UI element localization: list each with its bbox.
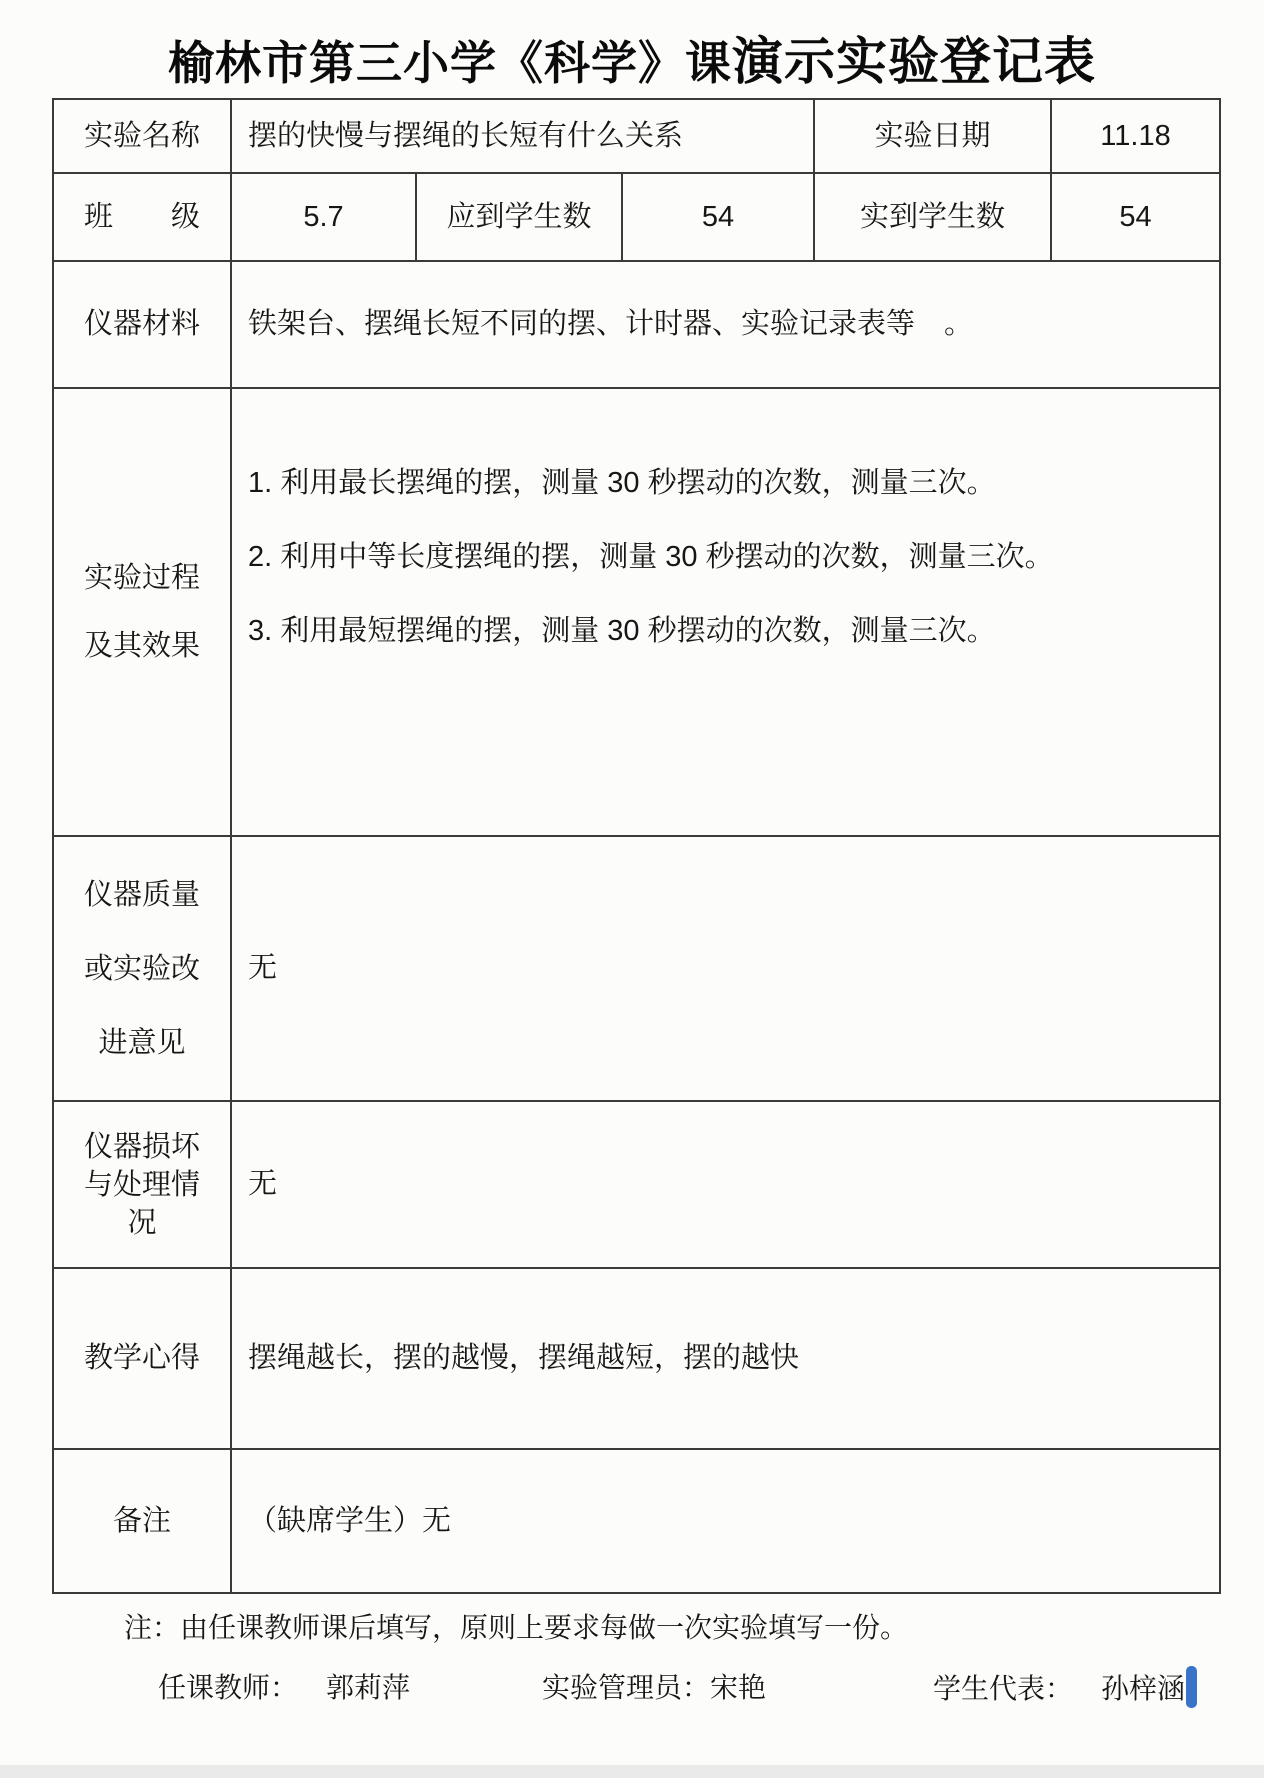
materials-label: 仪器材料 [54, 262, 232, 389]
student-label: 学生代表： [933, 1667, 1073, 1707]
teacher-name: 郭莉萍 [326, 1666, 410, 1706]
text-cursor-caret [1186, 1666, 1197, 1708]
process-label: 实验过程 及其效果 [54, 389, 232, 837]
experiment-name-value: 摆的快慢与摆绳的长短有什么关系 [232, 100, 815, 174]
experiment-registration-table: 实验名称 摆的快慢与摆绳的长短有什么关系 实验日期 11.18 班 级 5.7 … [52, 98, 1221, 1594]
experiment-date-value: 11.18 [1052, 100, 1221, 174]
remarks-value: （缺席学生）无 [232, 1450, 1221, 1594]
damage-handling-value: 无 [232, 1102, 1221, 1269]
process-step-2: 2. 利用中等长度摆绳的摆，测量 30 秒摆动的次数，测量三次。 [248, 520, 1054, 594]
damage-handling-label: 仪器损坏 与处理情 况 [54, 1102, 232, 1269]
damage-label-line2: 与处理情 [84, 1166, 200, 1204]
expected-students-label: 应到学生数 [417, 174, 623, 262]
process-steps: 1. 利用最长摆绳的摆，测量 30 秒摆动的次数，测量三次。 2. 利用中等长度… [232, 389, 1221, 837]
experiment-name-label: 实验名称 [54, 100, 232, 174]
quality-label-line3: 进意见 [98, 1006, 185, 1080]
manager-name: 宋艳 [710, 1666, 766, 1706]
damage-label-line1: 仪器损坏 [84, 1128, 200, 1166]
student-name: 孙梓涵 [1101, 1667, 1185, 1707]
damage-label-line3: 况 [127, 1204, 156, 1242]
scan-edge-band [0, 1765, 1264, 1778]
class-label: 班 级 [54, 174, 232, 262]
process-label-line1: 实验过程 [84, 544, 200, 612]
materials-value: 铁架台、摆绳长短不同的摆、计时器、实验记录表等 。 [232, 262, 1221, 389]
actual-students-value: 54 [1052, 174, 1221, 262]
signature-row: 任课教师：郭莉萍 实验管理员：宋艳 学生代表：孙梓涵 [0, 1666, 1264, 1716]
fill-in-note: 注：由任课教师课后填写，原则上要求每做一次实验填写一份。 [124, 1606, 908, 1646]
process-label-line2: 及其效果 [84, 612, 200, 680]
experiment-date-label: 实验日期 [815, 100, 1052, 174]
remarks-label: 备注 [54, 1450, 232, 1594]
teaching-reflection-label: 教学心得 [54, 1269, 232, 1450]
page-title-form: 演示实验登记表 [732, 33, 1096, 90]
process-step-3: 3. 利用最短摆绳的摆，测量 30 秒摆动的次数，测量三次。 [248, 594, 996, 668]
manager-signature: 实验管理员：宋艳 [542, 1666, 766, 1706]
manager-label: 实验管理员： [542, 1666, 710, 1706]
process-step-1: 1. 利用最长摆绳的摆，测量 30 秒摆动的次数，测量三次。 [248, 446, 996, 520]
quality-suggestion-value: 无 [232, 837, 1221, 1102]
teacher-label: 任课教师： [158, 1666, 298, 1706]
teaching-reflection-value: 摆绳越长，摆的越慢，摆绳越短，摆的越快 [232, 1269, 1221, 1450]
expected-students-value: 54 [623, 174, 815, 262]
page-title: 榆林市第三小学《科学》课演示实验登记表 [0, 20, 1264, 94]
class-value: 5.7 [232, 174, 417, 262]
actual-students-label: 实到学生数 [815, 174, 1052, 262]
page-title-school: 榆林市第三小学《科学》课 [168, 37, 732, 89]
quality-suggestion-label: 仪器质量 或实验改 进意见 [54, 837, 232, 1102]
quality-label-line1: 仪器质量 [84, 858, 200, 932]
student-signature: 学生代表：孙梓涵 [933, 1666, 1197, 1708]
quality-label-line2: 或实验改 [84, 932, 200, 1006]
teacher-signature: 任课教师：郭莉萍 [158, 1666, 410, 1706]
